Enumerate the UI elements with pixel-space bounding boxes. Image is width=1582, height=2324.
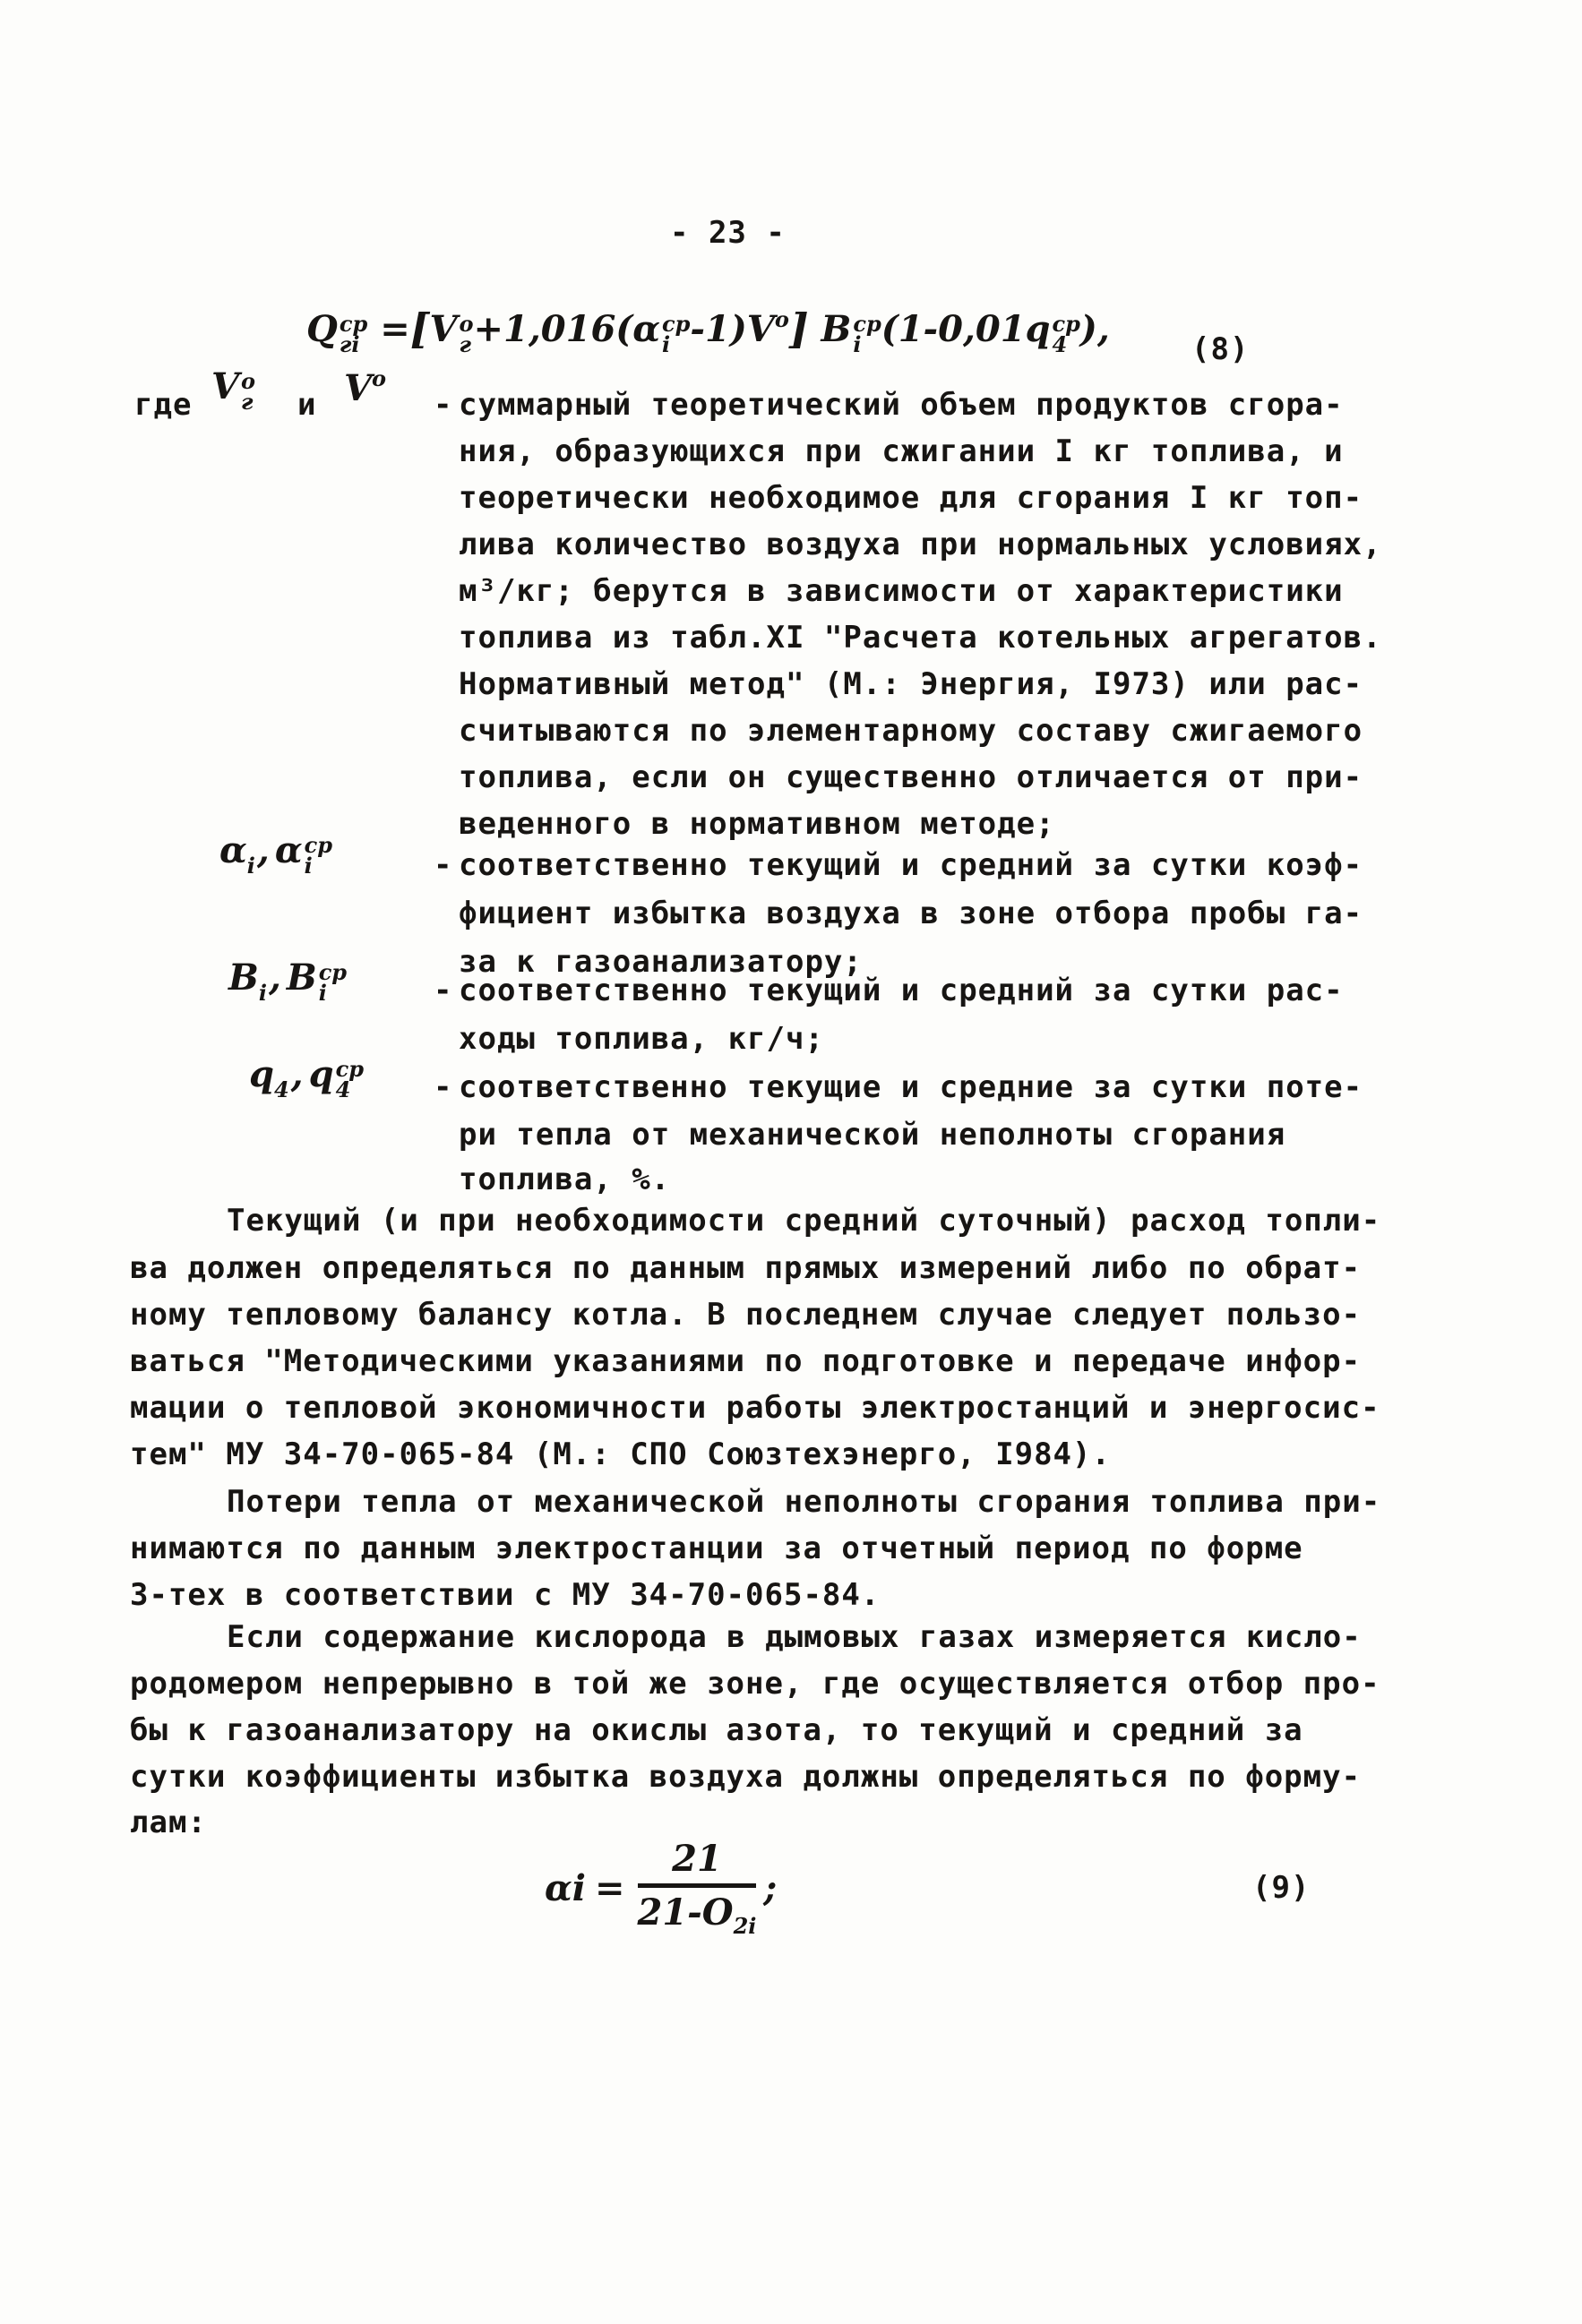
formula9-equals: = xyxy=(595,1867,625,1909)
formula-9-number: (9) xyxy=(1252,1868,1310,1908)
formula-9: αi = 21 21-O2i ; xyxy=(545,1838,777,1939)
symbol-B-scripts: срi xyxy=(319,962,347,1003)
definition-dash: - xyxy=(434,1068,452,1107)
conjunction: и xyxy=(297,385,316,424)
text-line: веденного в нормативном методе; xyxy=(459,804,1055,844)
text-line: теоретически необходимое для сгорания I … xyxy=(459,478,1363,518)
formula8-q4-scripts: ср4 xyxy=(1053,313,1080,355)
text-line: родомером непрерывно в той же зоне, где … xyxy=(130,1664,1380,1703)
text-line: бы к газоанализатору на окислы азота, то… xyxy=(130,1711,1303,1750)
text-line: топлива из табл.XI "Расчета котельных аг… xyxy=(459,618,1382,657)
text-line: Если содержание кислорода в дымовых газа… xyxy=(227,1617,1362,1657)
text-line: ния, образующихся при сжигании I кг топл… xyxy=(459,432,1344,471)
formula8-q4: q xyxy=(1026,308,1051,350)
text-line: Текущий (и при необходимости средний сут… xyxy=(227,1201,1380,1240)
formula8-V2: V xyxy=(747,308,775,350)
symbol-alpha-scripts: срi xyxy=(305,835,332,876)
text-line: ваться "Методическими указаниями по подг… xyxy=(130,1342,1361,1381)
formula8-Q-scripts: сргi xyxy=(340,313,367,355)
formula8-term3: (1-0,01 xyxy=(881,308,1026,350)
text-line: топлива, %. xyxy=(459,1160,670,1199)
text-line: ходы топлива, кг/ч; xyxy=(459,1019,824,1059)
symbol-V-gas-scripts: ог xyxy=(241,371,255,412)
definition-dash: - xyxy=(434,971,452,1010)
formula8-open-bracket: [ xyxy=(410,304,430,353)
symbol-V-air: Vо xyxy=(344,365,386,409)
text-line: м³/кг; берутся в зависимости от характер… xyxy=(459,571,1344,611)
formula8-V1-scripts: ог xyxy=(460,313,474,355)
document-page: - 23 - Qсргi =[Vог+1,016(αсрi-1)Vо] Bсрi… xyxy=(0,0,1582,2324)
formula9-semicolon: ; xyxy=(763,1867,777,1909)
text-line: лива количество воздуха при нормальных у… xyxy=(459,525,1382,564)
formula9-alpha: α xyxy=(545,1867,572,1909)
formula9-numerator: 21 xyxy=(638,1838,757,1888)
text-line: тем" МУ 34-70-065-84 (М.: СПО Союзтехэне… xyxy=(130,1435,1111,1474)
text-line: 3-тех в соответствии с МУ 34-70-065-84. xyxy=(130,1575,880,1615)
where-label: где xyxy=(134,385,192,424)
text-line: ри тепла от механической неполноты сгора… xyxy=(459,1115,1285,1154)
formula8-V1: V xyxy=(429,308,457,350)
text-line: лам: xyxy=(130,1803,207,1842)
text-line: фициент избытка воздуха в зоне отбора пр… xyxy=(459,894,1363,933)
formula8-alpha-scripts: срi xyxy=(662,313,690,355)
definition-dash: - xyxy=(434,845,452,885)
formula8-close-bracket: ] xyxy=(789,304,809,353)
symbol-B-term: Bi,Bсрi xyxy=(228,956,347,1006)
formula8-equals: = xyxy=(380,308,410,350)
symbol-V-gas: Vог xyxy=(211,365,255,410)
symbol-q4-term: q4,qср4 xyxy=(249,1053,364,1102)
text-line: соответственно текущие и средние за сутк… xyxy=(459,1068,1363,1107)
formula9-alpha-sub: i xyxy=(572,1867,586,1909)
formula8-term2: -1) xyxy=(690,308,746,350)
text-line: мации о тепловой экономичности работы эл… xyxy=(130,1388,1380,1428)
text-line: суммарный теоретический объем продуктов … xyxy=(459,385,1344,424)
text-line: Нормативный метод" (М.: Энергия, I973) и… xyxy=(459,665,1363,704)
formula-8-number: (8) xyxy=(1191,330,1249,369)
text-line: топлива, если он существенно отличается … xyxy=(459,758,1363,797)
text-line: соответственно текущий и средний за сутк… xyxy=(459,845,1363,885)
symbol-q4-scripts: ср4 xyxy=(336,1059,364,1100)
formula8-term4: ), xyxy=(1080,308,1110,350)
text-line: считываются по элементарному составу сжи… xyxy=(459,711,1363,750)
text-line: ному тепловому балансу котла. В последне… xyxy=(130,1295,1361,1334)
formula8-B-scripts: срi xyxy=(853,313,881,355)
text-line: нимаются по данным электростанции за отч… xyxy=(130,1529,1303,1568)
text-line: сутки коэффициенты избытка воздуха должн… xyxy=(130,1757,1361,1797)
text-line: соответственно текущий и средний за сутк… xyxy=(459,971,1344,1010)
symbol-alpha-term: αi,αсрi xyxy=(219,829,332,879)
formula8-V2-sup: о xyxy=(775,306,789,332)
formula9-fraction: 21 21-O2i xyxy=(638,1838,757,1939)
page-number: - 23 - xyxy=(670,213,786,253)
formula8-B: B xyxy=(821,308,852,350)
text-line: ва должен определяться по данным прямых … xyxy=(130,1248,1361,1288)
text-line: Потери тепла от механической неполноты с… xyxy=(227,1482,1380,1522)
formula-8: Qсргi =[Vог+1,016(αсрi-1)Vо] Bсрi(1-0,01… xyxy=(306,304,1110,353)
formula8-Q: Q xyxy=(306,308,338,350)
definition-dash: - xyxy=(434,385,452,424)
formula9-denominator: 21-O2i xyxy=(638,1888,757,1939)
formula8-term1: +1,016( xyxy=(474,308,633,350)
formula8-alpha: α xyxy=(632,308,660,350)
